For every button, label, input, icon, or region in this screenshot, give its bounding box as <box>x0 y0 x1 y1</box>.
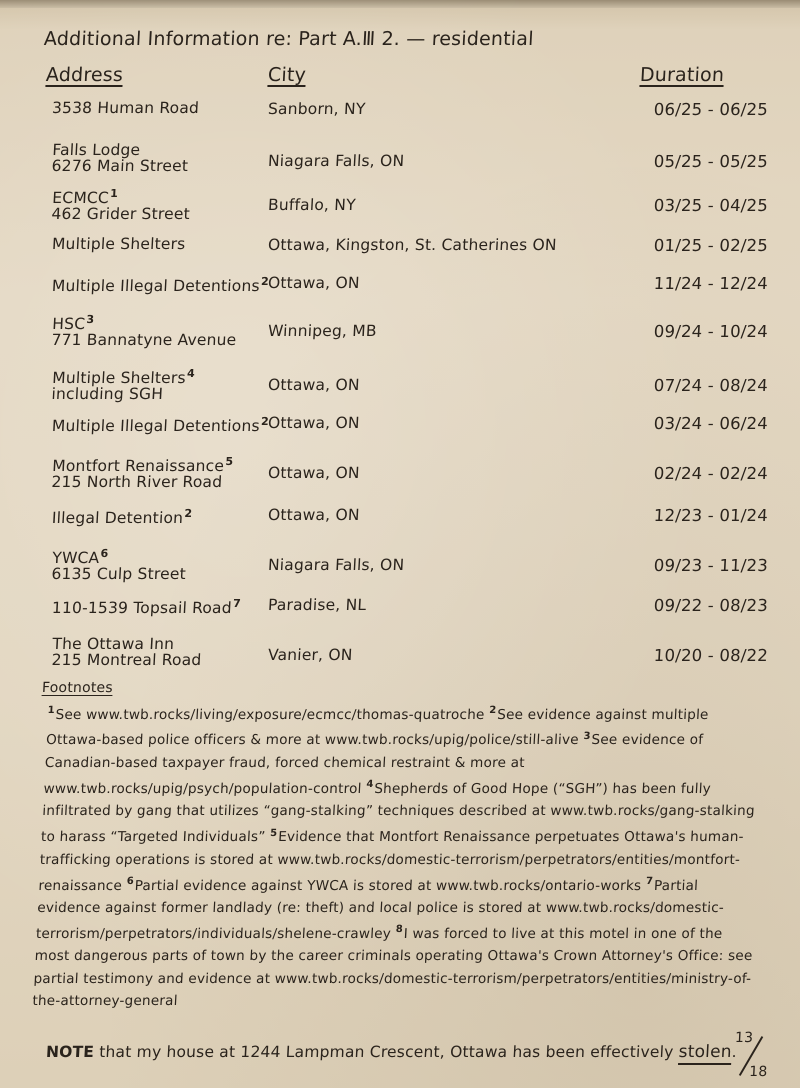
footnote-number: 5 <box>270 828 278 839</box>
note-emphasis: stolen <box>678 1042 732 1062</box>
footnote-ref: 4 <box>187 367 196 380</box>
note-text: that my house at 1244 Lampman Crescent, … <box>94 1043 679 1061</box>
row-duration: 11/24 - 12/24 <box>608 274 769 293</box>
footnotes-title: Footnotes <box>42 680 761 696</box>
row-address: YWCA66135 Culp Street <box>51 546 187 582</box>
footnote-number: 7 <box>646 876 654 887</box>
row-duration: 06/25 - 06/25 <box>608 100 769 119</box>
row-city: Vanier, ON <box>268 646 354 664</box>
address-line: 110-1539 Topsail Road7 <box>51 596 241 616</box>
row-duration: 09/24 - 10/24 <box>608 322 769 341</box>
footnote-number: 1 <box>47 705 55 716</box>
row-address: Illegal Detention2 <box>51 506 192 526</box>
footnote-number: 6 <box>126 876 134 887</box>
row-city: Paradise, NL <box>268 596 367 614</box>
address-line: Multiple Illegal Detentions2 <box>51 414 269 434</box>
footnote-ref: 5 <box>225 455 234 468</box>
row-address: 3538 Human Road <box>52 100 200 116</box>
address-line: 3538 Human Road <box>52 100 200 116</box>
footnote-6: 6Partial evidence against YWCA is stored… <box>126 878 646 894</box>
page-title: Additional Information re: Part A.Ⅲ 2. —… <box>43 28 534 50</box>
row-address: Multiple Shelters <box>52 236 186 252</box>
row-duration: 01/25 - 02/25 <box>608 236 769 255</box>
address-line: HSC3 <box>52 312 238 332</box>
row-duration: 09/22 - 08/23 <box>608 596 769 615</box>
footnotes-body: 1See www.twb.rocks/living/exposure/ecmcc… <box>32 700 768 1012</box>
footnote-ref: 1 <box>110 187 119 200</box>
footnote-text: Partial evidence against YWCA is stored … <box>134 878 646 894</box>
footnote-number: 8 <box>395 924 403 935</box>
header-duration: Duration <box>639 64 724 86</box>
row-duration: 07/24 - 08/24 <box>608 376 769 395</box>
address-line: 771 Bannatyne Avenue <box>51 332 237 348</box>
row-city: Ottawa, Kingston, St. Catherines ON <box>268 236 558 254</box>
footnote-ref: 3 <box>86 313 95 326</box>
row-address: Falls Lodge6276 Main Street <box>51 142 189 174</box>
address-line: YWCA6 <box>52 546 187 566</box>
header-city: City <box>267 64 306 86</box>
row-city: Ottawa, ON <box>268 506 361 524</box>
row-city: Niagara Falls, ON <box>268 152 405 170</box>
footnote-text: See www.twb.rocks/living/exposure/ecmcc/… <box>55 707 489 723</box>
address-line: 6135 Culp Street <box>51 566 186 582</box>
address-line: Montfort Renaissance5 <box>52 454 234 474</box>
row-city: Buffalo, NY <box>268 196 357 214</box>
row-city: Winnipeg, MB <box>268 322 378 340</box>
address-line: Falls Lodge <box>52 142 189 158</box>
address-line: Multiple Illegal Detentions2 <box>51 274 269 294</box>
row-duration: 10/20 - 08/22 <box>608 646 769 665</box>
row-address: Multiple Illegal Detentions2 <box>51 274 269 294</box>
row-duration: 09/23 - 11/23 <box>608 556 769 575</box>
row-city: Ottawa, ON <box>268 376 361 394</box>
page-total: 18 <box>749 1064 768 1080</box>
row-city: Ottawa, ON <box>268 274 361 292</box>
page-current: 13 <box>735 1030 754 1046</box>
row-duration: 03/24 - 06/24 <box>608 414 769 433</box>
address-line: 215 Montreal Road <box>51 652 202 668</box>
page-top-edge <box>0 0 800 8</box>
footnote-ref: 2 <box>184 507 193 520</box>
footnote-number: 2 <box>489 705 497 716</box>
address-line: including SGH <box>51 386 194 402</box>
footnote-1: 1See www.twb.rocks/living/exposure/ecmcc… <box>47 707 489 723</box>
row-city: Sanborn, NY <box>268 100 366 118</box>
address-line: Multiple Shelters4 <box>52 366 195 386</box>
address-line: ECMCC1 <box>52 186 191 206</box>
row-address: HSC3771 Bannatyne Avenue <box>51 312 238 348</box>
footnote-ref: 6 <box>100 547 109 560</box>
row-city: Niagara Falls, ON <box>268 556 405 574</box>
row-duration: 02/24 - 02/24 <box>608 464 769 483</box>
row-city: Ottawa, ON <box>268 464 361 482</box>
row-city: Ottawa, ON <box>268 414 361 432</box>
address-line: The Ottawa Inn <box>52 636 203 652</box>
address-line: 6276 Main Street <box>51 158 188 174</box>
row-address: The Ottawa Inn215 Montreal Road <box>51 636 203 668</box>
handwritten-page: Additional Information re: Part A.Ⅲ 2. —… <box>0 0 800 1088</box>
row-duration: 03/25 - 04/25 <box>608 196 769 215</box>
row-address: Multiple Illegal Detentions2 <box>51 414 269 434</box>
footnote-number: 4 <box>366 779 374 790</box>
row-address: 110-1539 Topsail Road7 <box>51 596 241 616</box>
footnote-ref: 7 <box>233 597 242 610</box>
row-duration: 12/23 - 01/24 <box>608 506 769 525</box>
address-line: 215 North River Road <box>51 474 233 490</box>
row-address: Montfort Renaissance5215 North River Roa… <box>51 454 234 490</box>
note-keyword: NOTE <box>46 1043 95 1061</box>
row-address: Multiple Shelters4including SGH <box>51 366 195 402</box>
footnote-number: 3 <box>583 731 591 742</box>
page-number: 13 18 <box>731 1030 778 1084</box>
closing-note: NOTE that my house at 1244 Lampman Cresc… <box>45 1042 737 1062</box>
address-line: Multiple Shelters <box>52 236 186 252</box>
row-address: ECMCC1462 Grider Street <box>51 186 191 222</box>
footnotes-section: Footnotes 1See www.twb.rocks/living/expo… <box>40 680 760 1012</box>
address-line: Illegal Detention2 <box>51 506 192 526</box>
header-address: Address <box>45 64 123 86</box>
row-duration: 05/25 - 05/25 <box>608 152 769 171</box>
column-headers: Address City Duration <box>0 64 800 94</box>
address-line: 462 Grider Street <box>51 206 190 222</box>
